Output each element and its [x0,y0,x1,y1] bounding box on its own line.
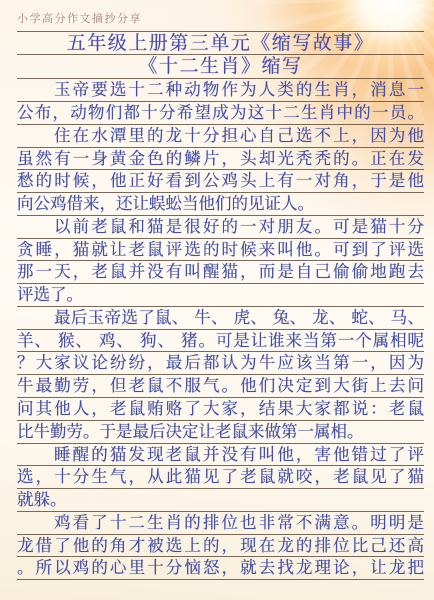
essay-line: 最后玉帝选了鼠、 牛、 虎、 兔、 龙、 蛇、 马、 [17,307,424,330]
essay-line: 那一天，老鼠并没有叫醒猫，而是自己偷偷地跑去 [17,261,424,284]
essay-line: 。所以鸡的心里十分恼怒，就去找龙理论，让龙把 [17,557,424,580]
essay-line: 向公鸡借来，还让蜈蚣当他们的见证人。 [17,193,424,216]
essay-body: 玉帝要选十二种动物作为人类的生肖，消息一公布，动物们都十分希望成为这十二生肖中的… [17,79,424,580]
essay-line: 睡醒的猫发现老鼠并没有叫他，害他错过了评 [17,444,424,467]
essay-subtitle: 《十二生肖》缩写 [17,55,424,79]
essay-line: 公布，动物们都十分希望成为这十二生肖中的一员。 [17,102,424,125]
watermark: 小学高分作文摘抄分享 [17,0,424,32]
essay-line: 虽然有一身黄金色的鳞片，头却光秃秃的。正在发 [17,148,424,171]
essay-line: 玉帝要选十二种动物作为人类的生肖，消息一 [17,79,424,102]
essay-line: 贪睡，猫就让老鼠评选的时候来叫他。可到了评选 [17,239,424,262]
essay-content: 小学高分作文摘抄分享 五年级上册第三单元《缩写故事》 《十二生肖》缩写 玉帝要选… [17,0,424,580]
essay-line: 问其他人，老鼠贿赂了大家，结果大家都说：老鼠 [17,398,424,421]
essay-line: 评选了。 [17,284,424,307]
essay-title: 五年级上册第三单元《缩写故事》 [17,32,424,56]
essay-line: 鸡看了十二生肖的排位也非常不满意。明明是 [17,512,424,535]
essay-line: 牛最勤劳，但老鼠不服气。他们决定到大街上去问 [17,375,424,398]
essay-line: 选，十分生气，从此猫见了老鼠就咬，老鼠见了猫 [17,466,424,489]
notebook-page: 小学高分作文摘抄分享 五年级上册第三单元《缩写故事》 《十二生肖》缩写 玉帝要选… [0,0,434,600]
essay-line: 比牛勤劳。于是最后决定让老鼠来做第一属相。 [17,421,424,444]
essay-line: 愁的时候，他正好看到公鸡头上有一对角，于是他 [17,170,424,193]
essay-line: 就躲。 [17,489,424,512]
essay-line: 羊、 猴、 鸡、 狗、 猪。可是让谁来当第一个属相呢 [17,330,424,353]
essay-line: ？大家议论纷纷，最后都认为牛应该当第一，因为 [17,352,424,375]
essay-line: 住在水潭里的龙十分担心自己选不上，因为他 [17,125,424,148]
essay-line: 以前老鼠和猫是很好的一对朋友。可是猫十分 [17,216,424,239]
essay-line: 龙借了他的角才被选上的，现在龙的排位比己还高 [17,535,424,558]
